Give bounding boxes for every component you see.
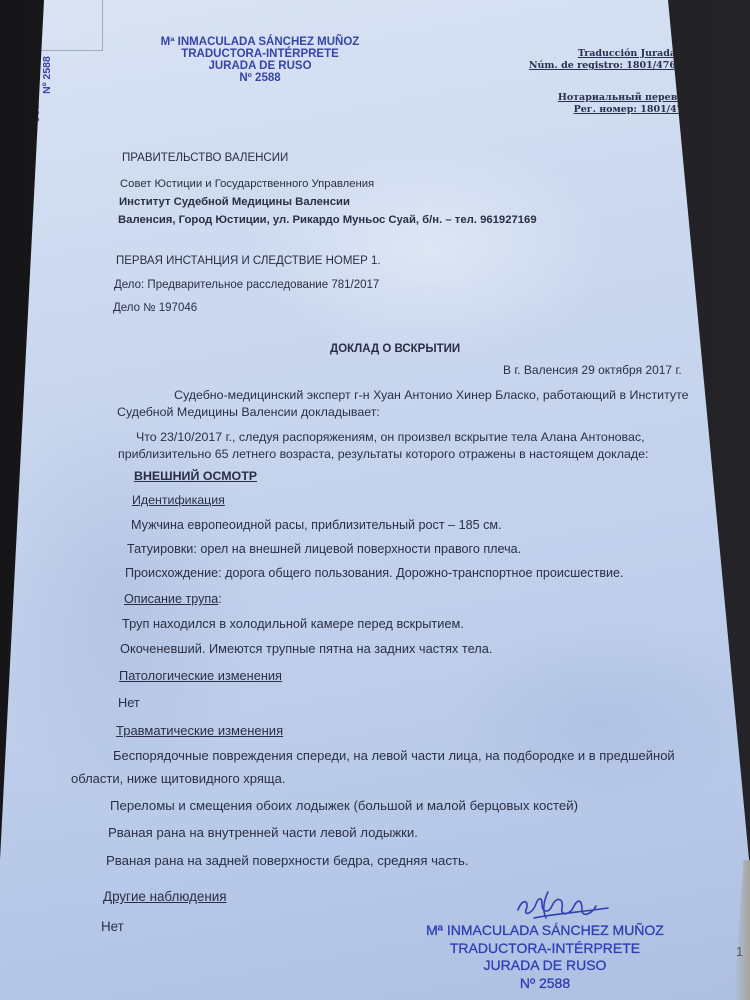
traumatic-heading: Травматические изменения <box>116 724 283 737</box>
registry-ru-number: Рег. номер: 1801/476 <box>558 104 690 116</box>
header-government: ПРАВИТЕЛЬСТВО ВАЛЕНСИИ <box>122 153 288 165</box>
registry-es-number: Núm. de registro: 1801/476 <box>529 60 676 72</box>
identification-line: Мужчина европеоидной расы, приблизительн… <box>131 519 502 532</box>
photo-scene: Mª INMACULADA SÁNCHEZ MUÑOZ TRADUCTORA-I… <box>0 0 750 1000</box>
bottom-stamp-language: JURADA DE RUSO <box>395 957 695 975</box>
traumatic-item: Рваная рана на внутренней части левой ло… <box>108 826 418 839</box>
bottom-stamp-number: Nº 2588 <box>395 975 695 993</box>
report-intro-line1: Судебно-медицинский эксперт г-н Хуан Ант… <box>174 389 689 401</box>
pathological-value: Нет <box>118 697 140 710</box>
registry-ru-title: Нотариальный перевод <box>558 92 690 104</box>
top-stamp-number: Nº 2588 <box>140 72 380 84</box>
case-instance: ПЕРВАЯ ИНСТАНЦИЯ И СЛЕДСТВИЕ НОМЕР 1. <box>116 256 381 268</box>
body-description-heading-text: Описание трупа <box>124 592 218 606</box>
bottom-stamp-title: TRADUCTORA-INTÉRPRETE <box>395 940 695 958</box>
body-description-heading: Описание трупа: <box>124 593 222 606</box>
report-para-line1: Что 23/10/2017 г., следуя распоряжениям,… <box>136 431 645 443</box>
bottom-stamp-name: Mª INMACULADA SÁNCHEZ MUÑOZ <box>395 922 695 940</box>
body-description-line: Труп находился в холодильной камере пере… <box>122 618 464 631</box>
header-institute: Институт Судебной Медицины Валенсии <box>119 197 350 208</box>
identification-heading: Идентификация <box>132 494 225 506</box>
report-title: ДОКЛАД О ВСКРЫТИИ <box>330 344 460 356</box>
side-stamp-name: Mª INMACULADA SÁNCHEZ MUÑOZ <box>8 0 19 160</box>
top-stamp-title: TRADUCTORA-INTÉRPRETE <box>140 48 380 60</box>
registry-es-title: Traducción Jurada <box>529 48 676 60</box>
case-number: Дело № 197046 <box>113 303 197 315</box>
other-observations-value: Нет <box>101 920 124 933</box>
header-council: Совет Юстиции и Государственного Управле… <box>120 179 374 190</box>
case-matter: Дело: Предварительное расследование 781/… <box>114 280 379 292</box>
body-description-line: Окоченевший. Имеются трупные пятна на за… <box>120 643 492 656</box>
traumatic-line1: Беспорядочные повреждения спереди, на ле… <box>113 749 675 762</box>
body-description-colon: : <box>218 592 222 606</box>
traumatic-line2: области, ниже щитовидного хряща. <box>71 772 285 785</box>
report-place-date: В г. Валенсия 29 октября 2017 г. <box>503 364 682 376</box>
traumatic-item: Рваная рана на задней поверхности бедра,… <box>106 854 469 867</box>
top-stamp-language: JURADA DE RUSO <box>140 60 380 72</box>
side-stamp-title: TRADUCTORA-INTÉRPRETE <box>19 0 30 160</box>
top-translator-stamp: Mª INMACULADA SÁNCHEZ MUÑOZ TRADUCTORA-I… <box>140 36 380 84</box>
registry-es: Traducción Jurada Núm. de registro: 1801… <box>529 48 676 72</box>
identification-line: Татуировки: орел на внешней лицевой пове… <box>127 543 521 556</box>
bottom-translator-stamp: Mª INMACULADA SÁNCHEZ MUÑOZ TRADUCTORA-I… <box>395 922 695 992</box>
pathological-heading: Патологические изменения <box>119 670 282 683</box>
other-observations-heading: Другие наблюдения <box>103 890 226 903</box>
identification-line: Происхождение: дорога общего пользования… <box>125 567 624 580</box>
traumatic-item: Переломы и смещения обоих лодыжек (больш… <box>110 799 578 812</box>
side-stamp-number: Nº 2588 <box>42 0 53 160</box>
report-para-line2: приблизительно 65 летнего возраста, резу… <box>118 448 648 460</box>
registry-ru: Нотариальный перевод Рег. номер: 1801/47… <box>558 92 690 116</box>
header-address: Валенсия, Город Юстиции, ул. Рикардо Мун… <box>118 215 537 226</box>
top-stamp-name: Mª INMACULADA SÁNCHEZ MUÑOZ <box>140 36 380 48</box>
side-translator-stamp: Mª INMACULADA SÁNCHEZ MUÑOZ TRADUCTORA-I… <box>8 0 53 160</box>
report-intro-line2: Судебной Медицины Валенсии докладывает: <box>117 406 380 418</box>
section-external-exam: ВНЕШНИЙ ОСМОТР <box>134 470 257 482</box>
document-page: Mª INMACULADA SÁNCHEZ MUÑOZ TRADUCTORA-I… <box>0 0 750 1000</box>
